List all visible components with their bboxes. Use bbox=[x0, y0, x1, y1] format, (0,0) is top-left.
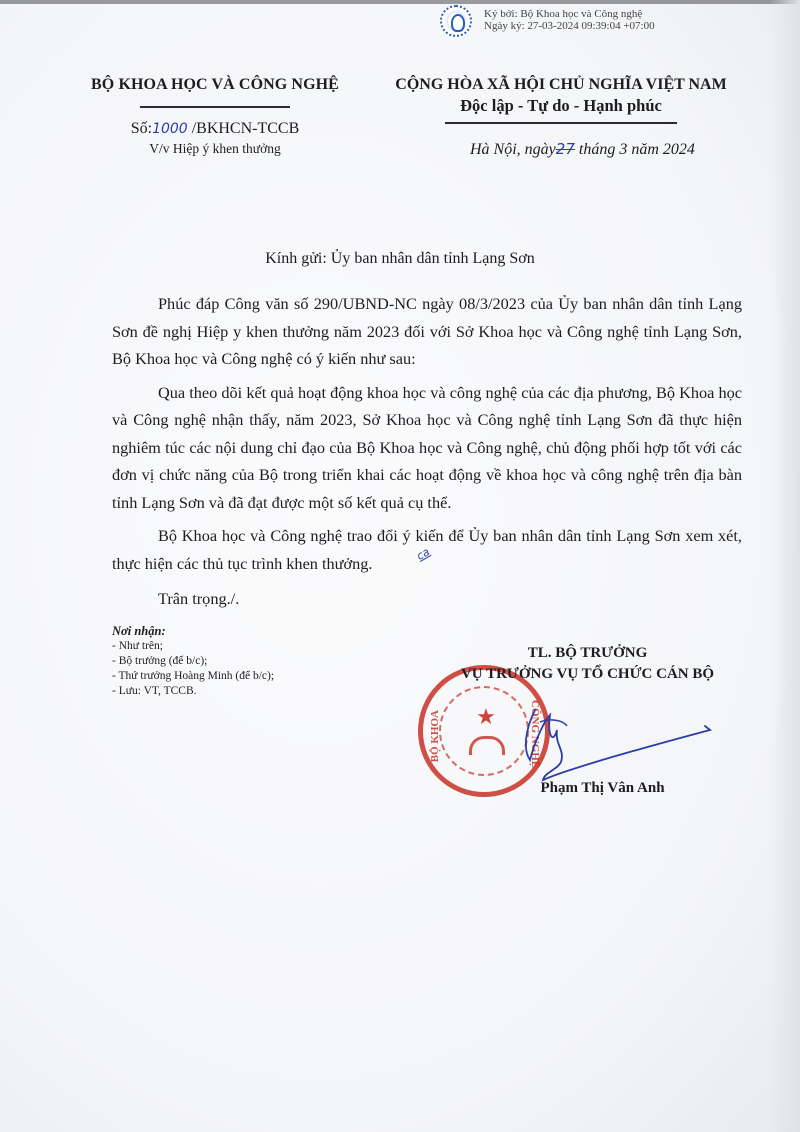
handwritten-initial: ca bbox=[372, 539, 437, 592]
body-paragraph: Phúc đáp Công văn số 290/UBND-NC ngày 08… bbox=[112, 290, 742, 373]
issuer-underline bbox=[140, 106, 290, 108]
distribution-item: - Bộ trưởng (để b/c); bbox=[112, 654, 274, 669]
date-line: Hà Nội, ngày27 tháng 3 năm 2024 bbox=[470, 140, 695, 159]
date-prefix: Hà Nội, ngày bbox=[470, 141, 556, 158]
signature-date-line: Ngày ký: 27-03-2024 09:39:04 +07:00 bbox=[484, 20, 655, 32]
date-day-handwritten: 27 bbox=[556, 140, 575, 158]
distribution-item: - Lưu: VT, TCCB. bbox=[112, 684, 274, 699]
document-page: Ký bởi: Bộ Khoa học và Công nghệ Ngày ký… bbox=[0, 0, 800, 1132]
date-suffix: tháng 3 năm 2024 bbox=[575, 141, 695, 158]
distribution-list: Nơi nhận: - Như trên; - Bộ trưởng (để b/… bbox=[112, 624, 274, 699]
nation-name: CỘNG HÒA XÃ HỘI CHỦ NGHĨA VIỆT NAM bbox=[372, 76, 750, 94]
doc-number-suffix: /BKHCN-TCCB bbox=[192, 120, 300, 137]
signer-block: TL. BỘ TRƯỞNG VỤ TRƯỞNG VỤ TỔ CHỨC CÁN B… bbox=[420, 645, 755, 683]
signer-role-line1: TL. BỘ TRƯỞNG bbox=[420, 645, 755, 662]
doc-number-handwritten: 1000 bbox=[152, 121, 188, 137]
digital-signature-stamp: Ký bởi: Bộ Khoa học và Công nghệ Ngày ký… bbox=[440, 5, 740, 39]
closing-line: Trân trọng./. bbox=[112, 585, 742, 613]
distribution-item: - Như trên; bbox=[112, 639, 274, 654]
document-number: Số:1000 /BKHCN-TCCB bbox=[70, 120, 360, 138]
distribution-title: Nơi nhận: bbox=[112, 624, 274, 639]
national-motto: Độc lập - Tự do - Hạnh phúc bbox=[372, 96, 750, 116]
handwritten-signature bbox=[495, 700, 745, 790]
doc-number-label: Số: bbox=[131, 120, 152, 137]
recipient-line: Kính gửi: Ủy ban nhân dân tỉnh Lạng Sơn bbox=[0, 250, 800, 268]
issuer-block: BỘ KHOA HỌC VÀ CÔNG NGHỆ Số:1000 /BKHCN-… bbox=[70, 76, 360, 157]
scan-shadow bbox=[770, 0, 800, 1132]
scan-edge bbox=[0, 0, 800, 4]
distribution-item: - Thứ trưởng Hoàng Minh (để b/c); bbox=[112, 669, 274, 684]
signature-signer-line: Ký bởi: Bộ Khoa học và Công nghệ bbox=[484, 8, 642, 20]
signer-role-line2: VỤ TRƯỞNG VỤ TỔ CHỨC CÁN BỘ bbox=[420, 666, 755, 683]
ministry-logo-icon bbox=[440, 5, 472, 37]
national-header: CỘNG HÒA XÃ HỘI CHỦ NGHĨA VIỆT NAM Độc l… bbox=[372, 76, 750, 124]
body-paragraph: Qua theo dõi kết quả hoạt động khoa học … bbox=[112, 379, 742, 517]
body-paragraph: Bộ Khoa học và Công nghệ trao đổi ý kiến… bbox=[112, 522, 742, 579]
seal-text-left: BỘ KHOA bbox=[429, 710, 441, 762]
motto-underline bbox=[445, 122, 677, 124]
issuer-name: BỘ KHOA HỌC VÀ CÔNG NGHỆ bbox=[70, 76, 360, 94]
letter-body: Phúc đáp Công văn số 290/UBND-NC ngày 08… bbox=[112, 290, 742, 613]
document-subject: V/v Hiệp ý khen thưởng bbox=[70, 141, 360, 157]
